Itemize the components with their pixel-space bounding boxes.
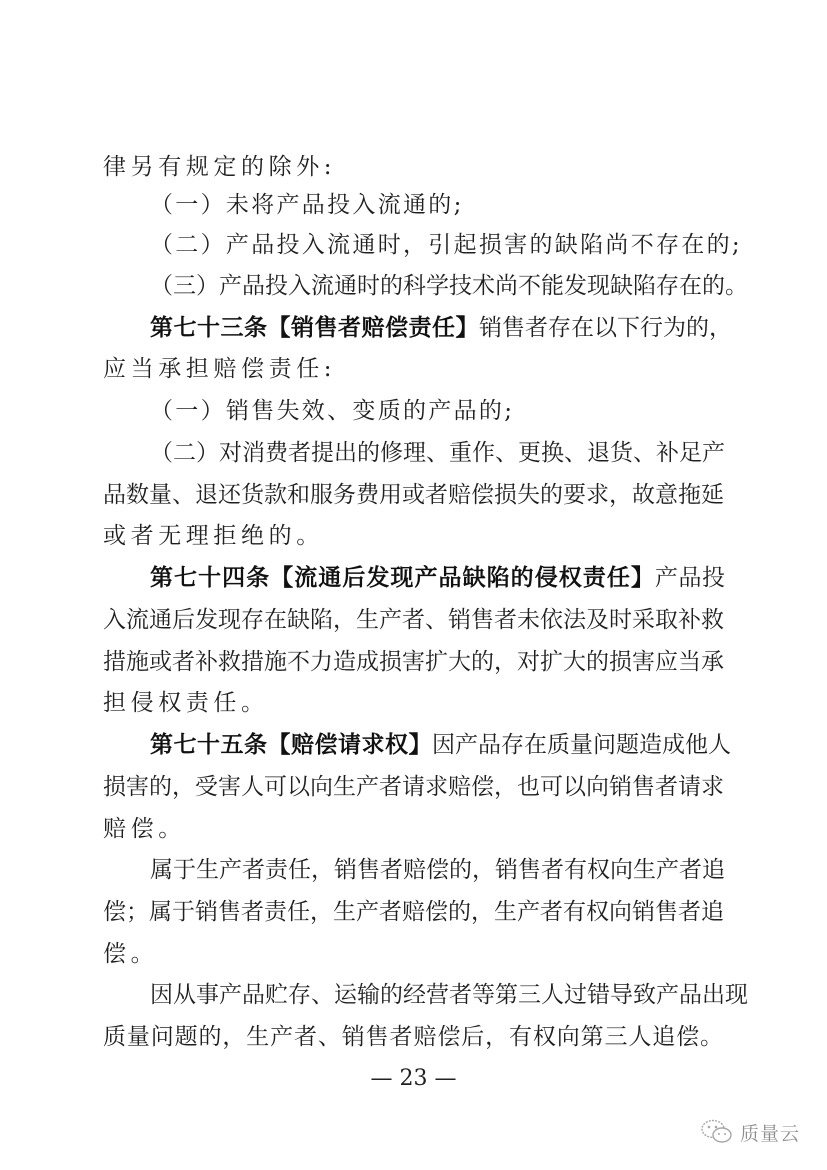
paragraph-line: 属于生产者责任，销售者赔偿的，销售者有权向生产者追 <box>150 855 725 885</box>
list-item: （一）未将产品投入流通的; <box>150 190 725 220</box>
document-page: 律另有规定的除外: （一）未将产品投入流通的; （二）产品投入流通时，引起损害的… <box>0 0 827 1170</box>
article-74-heading-line: 第七十四条【流通后发现产品缺陷的侵权责任】产品投 <box>150 563 725 593</box>
article-body: 因产品存在质量问题造成他人 <box>432 732 731 758</box>
paragraph-line: 品数量、退还货款和服务费用或者赔偿损失的要求，故意拖延 <box>103 480 723 510</box>
paragraph-line: 损害的，受害人可以向生产者请求赔偿，也可以向销售者请求 <box>103 772 723 802</box>
list-item: （二）产品投入流通时，引起损害的缺陷尚不存在的; <box>150 230 725 260</box>
paragraph-line: 因从事产品贮存、运输的经营者等第三人过错导致产品出现 <box>150 980 725 1010</box>
paragraph-line: 措施或者补救措施不力造成损害扩大的，对扩大的损害应当承 <box>103 647 723 677</box>
paragraph-line: 赔偿。 <box>103 814 723 844</box>
paragraph-line: 担侵权责任。 <box>103 688 723 718</box>
list-item: （二）对消费者提出的修理、重作、更换、退货、补足产 <box>150 438 725 468</box>
list-item: （一）销售失效、变质的产品的; <box>150 396 725 426</box>
article-title: 第七十五条【赔偿请求权】 <box>150 732 432 758</box>
article-title: 第七十三条【销售者赔偿责任】 <box>150 315 479 341</box>
article-body: 产品投 <box>655 565 725 591</box>
paragraph-line: 质量问题的，生产者、销售者赔偿后，有权向第三人追偿。 <box>103 1022 723 1052</box>
article-title: 第七十四条【流通后发现产品缺陷的侵权责任】 <box>150 565 655 591</box>
article-73-heading-line: 第七十三条【销售者赔偿责任】销售者存在以下行为的， <box>150 313 725 343</box>
paragraph-line: 律另有规定的除外: <box>103 152 723 182</box>
list-item: （三）产品投入流通时的科学技术尚不能发现缺陷存在的。 <box>150 271 725 301</box>
watermark-text: 质量云 <box>740 1119 800 1146</box>
watermark: 质量云 <box>700 1118 800 1146</box>
paragraph-line: 应当承担赔偿责任: <box>103 354 723 384</box>
page-number: — 23 — <box>0 1066 827 1091</box>
paragraph-line: 偿；属于销售者责任，生产者赔偿的，生产者有权向销售者追 <box>103 897 723 927</box>
article-75-heading-line: 第七十五条【赔偿请求权】因产品存在质量问题造成他人 <box>150 730 725 760</box>
paragraph-line: 或者无理拒绝的。 <box>103 521 723 551</box>
paragraph-line: 入流通后发现存在缺陷，生产者、销售者未依法及时采取补救 <box>103 605 723 635</box>
article-body: 销售者存在以下行为的， <box>479 315 732 341</box>
wechat-icon <box>700 1118 734 1146</box>
paragraph-line: 偿。 <box>103 939 723 969</box>
